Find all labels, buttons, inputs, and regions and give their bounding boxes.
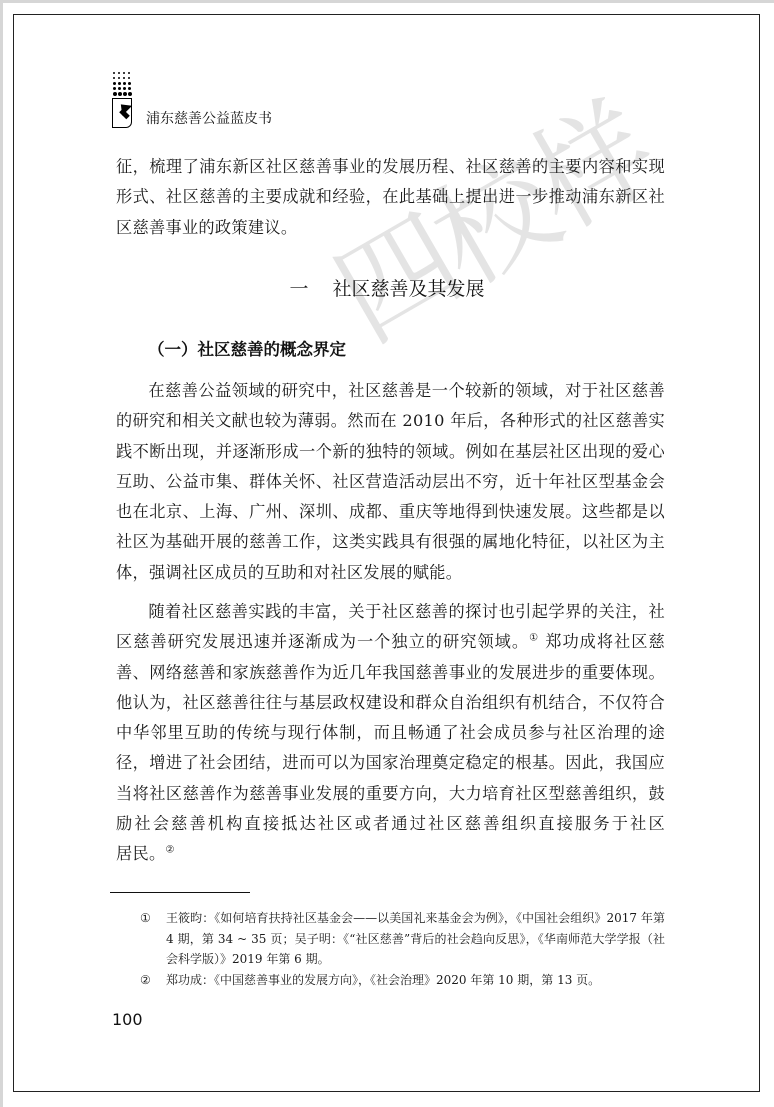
footnote-divider [110,892,250,893]
text-line: 社区为基础开展的慈善工作，这类实践具有很强的属地化特征，以社区为主 [116,527,665,557]
text-line: 他认为，社区慈善往往与基层政权建设和群众自治组织有机结合，不仅符合 [116,688,665,718]
text-line: 征，梳理了浦东新区社区慈善事业的发展历程、社区慈善的主要内容和实现 [116,152,665,182]
text-line: 践不断出现，并逐渐形成一个新的独特的领域。例如在基层社区出现的爱心 [116,437,665,467]
text-line: 互助、公益市集、群体关怀、社区营造活动层出不穷，近十年社区型基金会 [116,467,665,497]
text-line: 也在北京、上海、广州、深圳、成都、重庆等地得到快速发展。这些都是以 [116,497,665,527]
text-line: 区慈善事业的政策建议。 [116,213,665,243]
text-line: 区慈善研究发展迅速并逐渐成为一个独立的研究领域。① 郑功成将社区慈 [116,627,665,657]
book-logo-icon [110,70,136,132]
dot-grid-icon [113,72,133,96]
footnote-text: 王筱昀：《如何培育扶持社区基金会——以美国礼来基金会为例》，《中国社会组织》20… [166,908,665,970]
footnote-mark: ② [140,970,166,991]
footnote-ref-2[interactable]: ② [165,845,174,856]
text-line: 在慈善公益领域的研究中，社区慈善是一个较新的领域，对于社区慈善 [116,376,665,406]
running-head: 浦东慈善公益蓝皮书 [110,70,272,132]
viewer-top-edge [0,0,774,3]
page-number: 100 [112,1010,143,1029]
text-line: 中华邻里互助的传统与现行体制，而且畅通了社会成员参与社区治理的途 [116,718,665,748]
footnote-ref-1[interactable]: ① [529,633,539,644]
footnote-mark: ① [140,908,166,970]
section-heading: 一社区慈善及其发展 [0,274,774,301]
page-arrow-icon [112,98,132,128]
text-line: 形式、社区慈善的主要成就和经验，在此基础上提出进一步推动浦东新区社 [116,182,665,212]
intro-paragraph: 征，梳理了浦东新区社区慈善事业的发展历程、社区慈善的主要内容和实现 形式、社区慈… [116,152,665,243]
section-number: 一 [289,278,308,300]
text-line: 体，强调社区成员的互助和对社区发展的赋能。 [116,558,665,588]
text-line: 径，增进了社会团结，进而可以为国家治理奠定稳定的根基。因此，我国应 [116,748,665,778]
section-title: 社区慈善及其发展 [333,278,485,300]
footnote-1: ① 王筱昀：《如何培育扶持社区基金会——以美国礼来基金会为例》，《中国社会组织》… [140,908,665,970]
footnotes: ① 王筱昀：《如何培育扶持社区基金会——以美国礼来基金会为例》，《中国社会组织》… [140,908,665,990]
text-line: 的研究和相关文献也较为薄弱。然而在 2010 年后，各种形式的社区慈善实 [116,406,665,436]
text-line: 励社会慈善机构直接抵达社区或者通过社区慈善组织直接服务于社区 [116,809,665,839]
subsection-heading: （一）社区慈善的概念界定 [148,336,346,360]
text-line: 当将社区慈善作为慈善事业发展的重要方向，大力培育社区型慈善组织，鼓 [116,779,665,809]
viewer-left-edge [0,0,3,1107]
paragraph-research: 随着社区慈善实践的丰富，关于社区慈善的探讨也引起学界的关注，社 区慈善研究发展迅… [116,597,665,870]
footnote-text: 郑功成：《中国慈善事业的发展方向》，《社会治理》2020 年第 10 期，第 1… [166,970,665,991]
text-line: 居民。② [116,839,665,869]
text-line: 随着社区慈善实践的丰富，关于社区慈善的探讨也引起学界的关注，社 [116,597,665,627]
paragraph-concept: 在慈善公益领域的研究中，社区慈善是一个较新的领域，对于社区慈善 的研究和相关文献… [116,376,665,588]
running-head-title: 浦东慈善公益蓝皮书 [146,108,272,128]
text-line: 善、网络慈善和家族慈善作为近几年我国慈善事业的发展进步的重要体现。 [116,658,665,688]
footnote-2: ② 郑功成：《中国慈善事业的发展方向》，《社会治理》2020 年第 10 期，第… [140,970,665,991]
